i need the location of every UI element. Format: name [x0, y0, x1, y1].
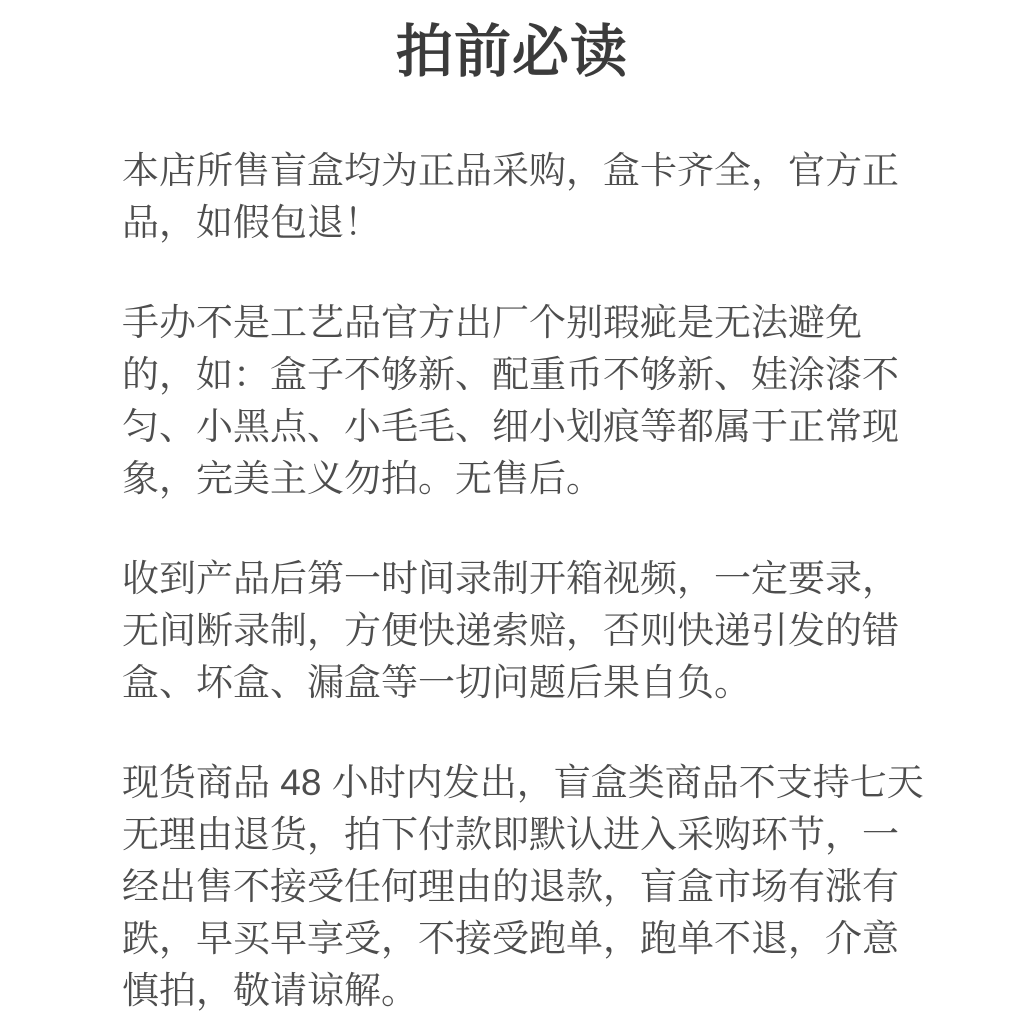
- notice-paragraph-unboxing-video: 收到产品后第一时间录制开箱视频，一定要录， 无间断录制，方便快递索赔，否则快递引…: [122, 553, 902, 709]
- notice-page: 拍前必读 本店所售盲盒均为正品采购，盒卡齐全，官方正 品，如假包退！ 手办不是工…: [0, 0, 1024, 1024]
- text-line: 品，如假包退！: [122, 197, 902, 249]
- text-line: 无理由退货，拍下付款即默认进入采购环节，一: [122, 809, 902, 861]
- text-line: 无间断录制，方便快递索赔，否则快递引发的错: [122, 605, 902, 657]
- text-line: 盒、坏盒、漏盒等一切问题后果自负。: [122, 657, 902, 709]
- text-line: 跌，早买早享受，不接受跑单，跑单不退，介意: [122, 913, 902, 965]
- notice-paragraph-authenticity: 本店所售盲盒均为正品采购，盒卡齐全，官方正 品，如假包退！: [122, 145, 902, 249]
- page-title: 拍前必读: [122, 0, 902, 81]
- text-line: 经出售不接受任何理由的退款，盲盒市场有涨有: [122, 861, 902, 913]
- text-line: 的，如：盒子不够新、配重币不够新、娃涂漆不: [122, 349, 902, 401]
- text-line: 收到产品后第一时间录制开箱视频，一定要录，: [122, 553, 902, 605]
- notice-paragraph-defects: 手办不是工艺品官方出厂个别瑕疵是无法避免 的，如：盒子不够新、配重币不够新、娃涂…: [122, 297, 902, 505]
- text-line: 本店所售盲盒均为正品采购，盒卡齐全，官方正: [122, 145, 902, 197]
- text-line: 象，完美主义勿拍。无售后。: [122, 453, 902, 505]
- notice-paragraph-shipping-refund: 现货商品 48 小时内发出，盲盒类商品不支持七天 无理由退货，拍下付款即默认进入…: [122, 757, 902, 1017]
- text-line: 手办不是工艺品官方出厂个别瑕疵是无法避免: [122, 297, 902, 349]
- text-line: 慎拍，敬请谅解。: [122, 965, 902, 1017]
- text-line: 匀、小黑点、小毛毛、细小划痕等都属于正常现: [122, 401, 902, 453]
- text-line: 现货商品 48 小时内发出，盲盒类商品不支持七天: [122, 757, 902, 809]
